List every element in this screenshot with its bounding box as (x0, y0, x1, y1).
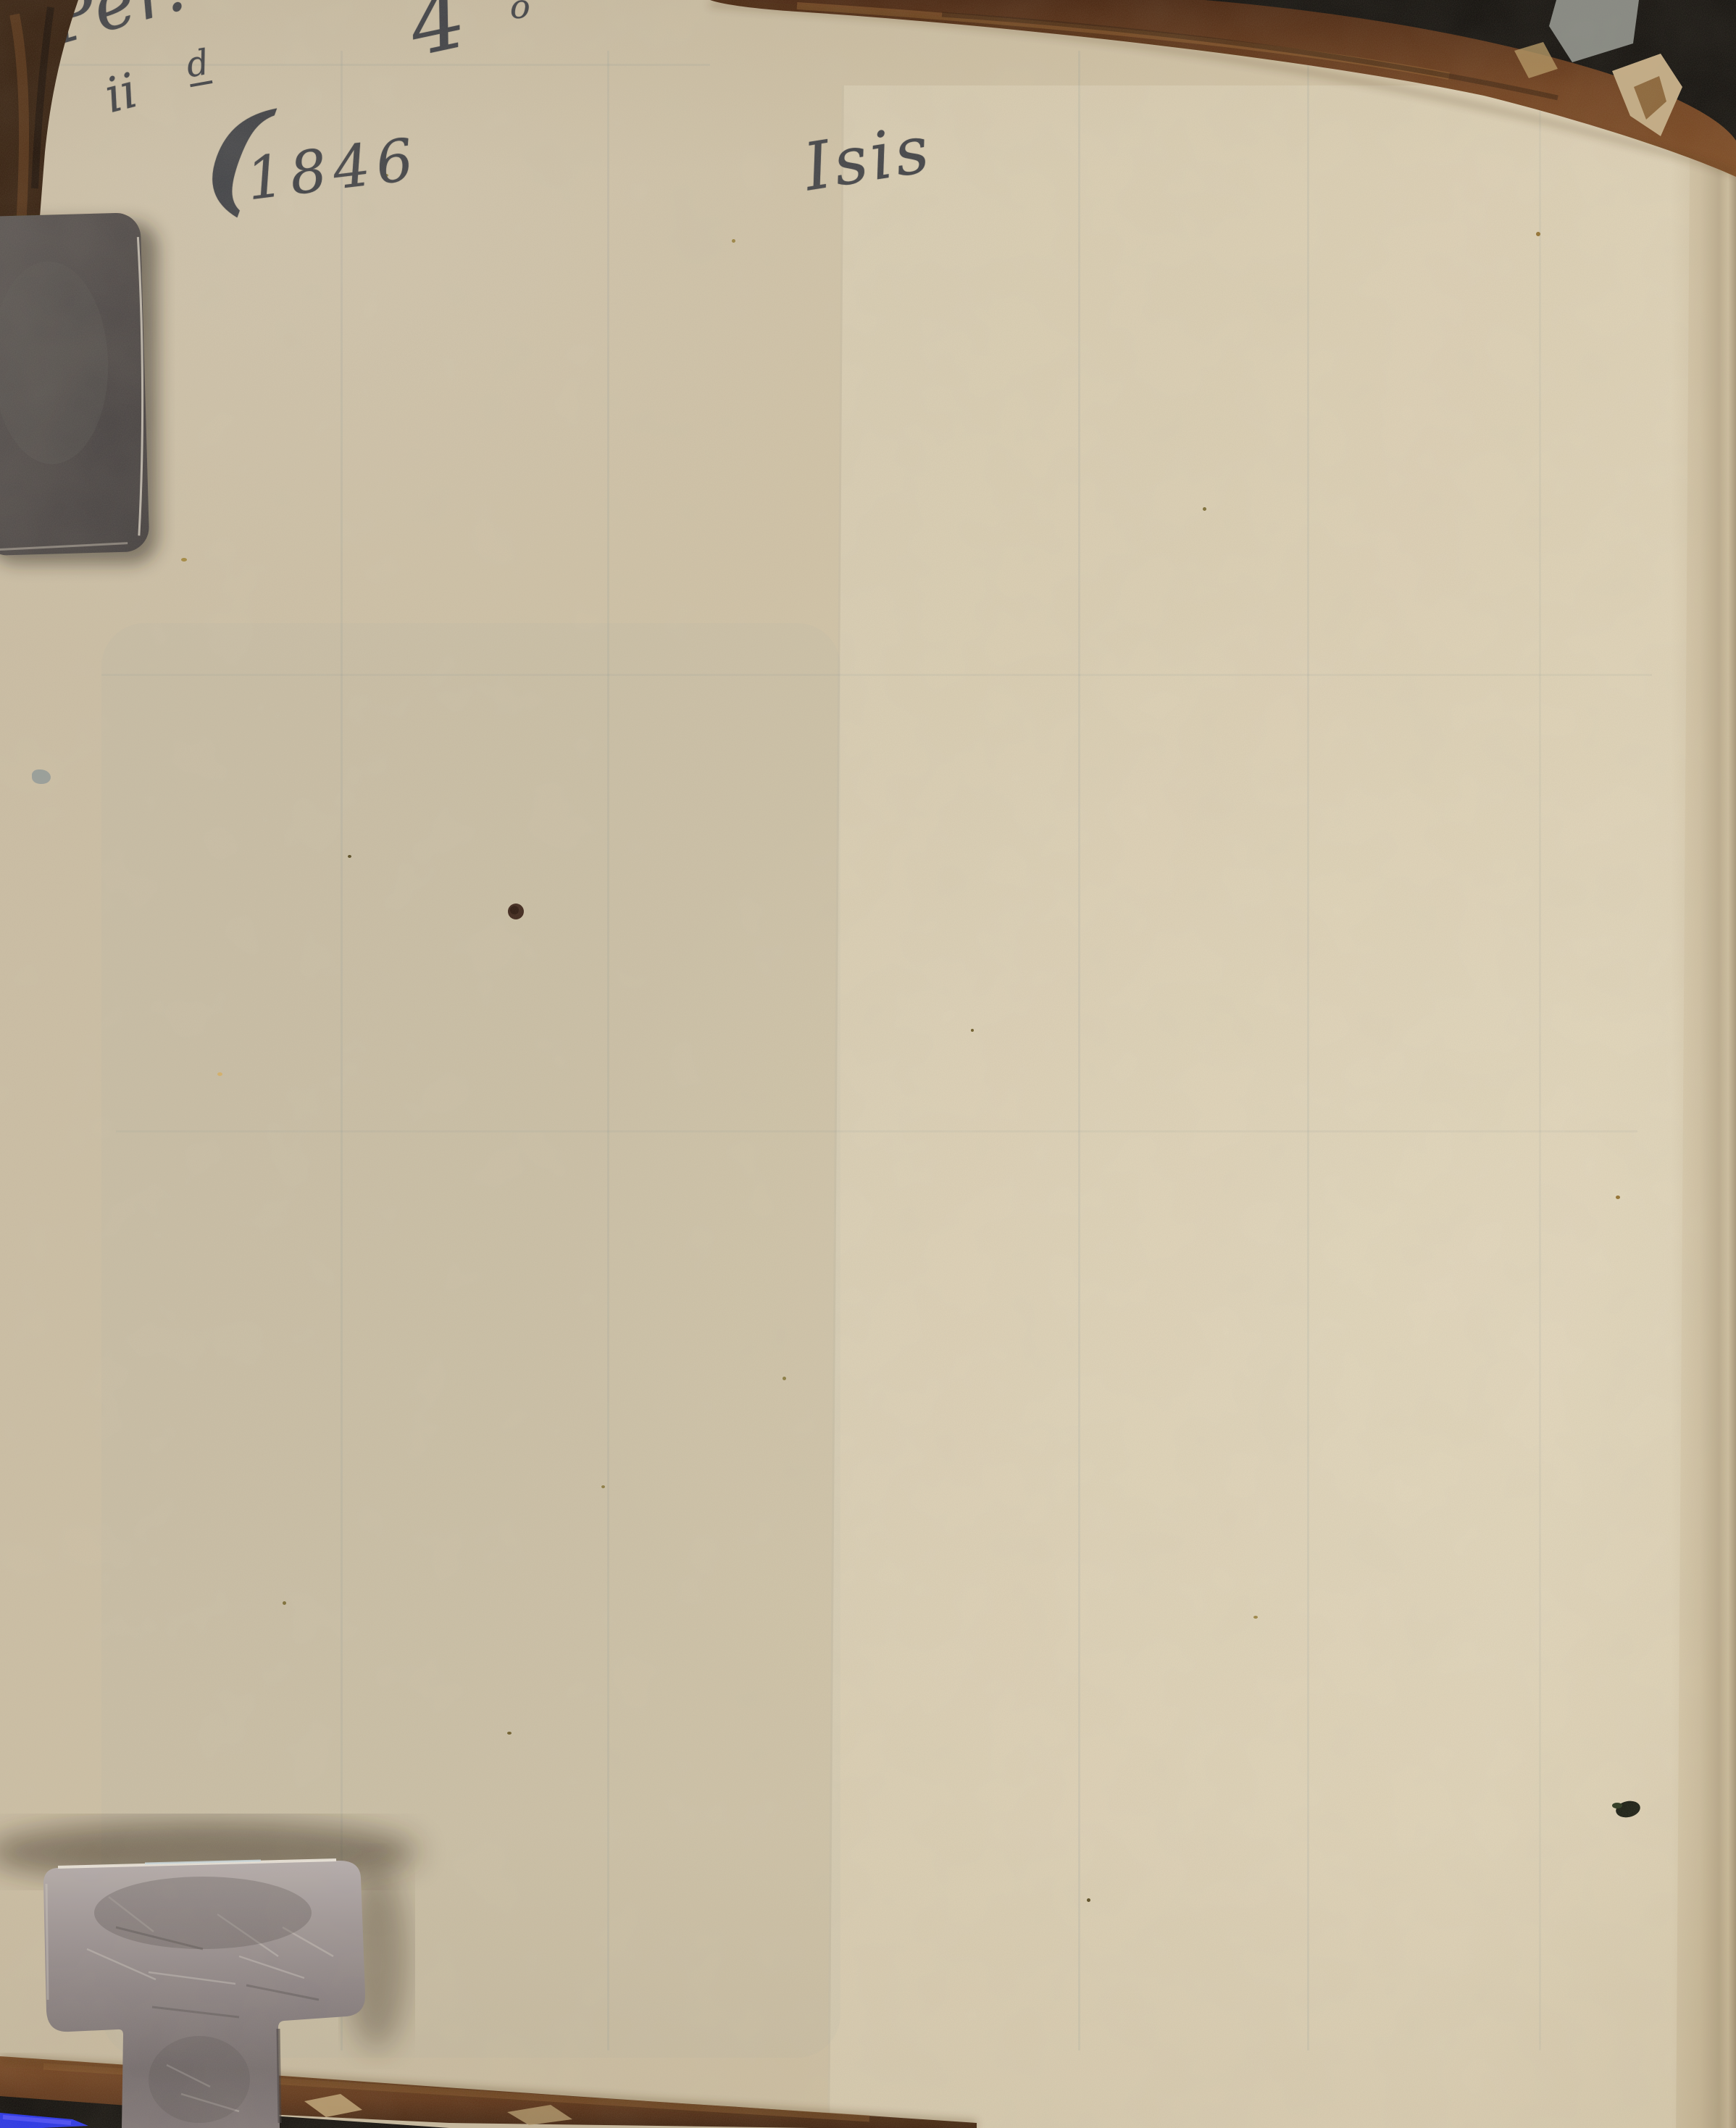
clasp-shadow (0, 222, 158, 564)
bleed-line (1078, 51, 1080, 2050)
annotation-year-1846: 1846 (243, 130, 423, 209)
bleed-line (341, 51, 343, 2050)
tipped-sheet (827, 85, 1690, 2128)
scanner-background-bottom (0, 2096, 449, 2128)
speck (601, 1485, 605, 1488)
speck (1616, 1196, 1620, 1199)
scanner-blue-mark (0, 2113, 88, 2128)
paper-surface (0, 0, 1736, 2128)
annotation-per: Per. (41, 0, 193, 55)
speck (732, 239, 735, 243)
speck (1203, 507, 1206, 511)
annotation-format-4to: 4 (402, 0, 473, 69)
page-right-edge (1671, 0, 1736, 2128)
annotation-title-isis: Isis (800, 117, 937, 201)
speck (384, 174, 388, 177)
metal-clasp-top-left (0, 212, 158, 564)
paper-shading (0, 0, 1736, 2128)
leather-strip-bottom (0, 2056, 977, 2128)
speck (971, 1029, 974, 1032)
bleed-line (101, 674, 1652, 676)
flyleaf-scan: Per. ii d ( 1846 4 o Isis (0, 0, 1736, 2128)
speck (1253, 1616, 1258, 1619)
speck (181, 558, 187, 562)
speck (1536, 232, 1540, 236)
blue-smudge (32, 769, 51, 784)
annotation-shelfmark-ii: ii (101, 67, 142, 120)
paper-tint-patch (101, 623, 840, 2058)
clasp-shadow (0, 1820, 419, 1884)
annotation-paren: ( (196, 88, 274, 220)
bleed-line (1539, 51, 1541, 2050)
speck (1087, 1898, 1090, 1902)
ink-spot (508, 904, 524, 919)
annotation-shelfmark-sup-d: d (184, 45, 213, 88)
noise-overlay (0, 0, 1736, 2128)
metal-clasp-bottom-left (0, 1820, 419, 2128)
speck (217, 1072, 222, 1076)
top-binding-strip (710, 0, 1736, 177)
speck (783, 1377, 786, 1380)
speck (348, 855, 351, 858)
bleed-line (43, 64, 710, 66)
bleed-line (116, 1130, 1637, 1132)
annotation-format-sup-o: o (510, 0, 530, 23)
scanner-background-top (1152, 0, 1736, 149)
speck (283, 1601, 286, 1605)
speck (507, 1732, 512, 1735)
black-spot (1612, 1799, 1642, 1820)
bleed-line (607, 51, 609, 2050)
bleed-line (1307, 51, 1309, 2050)
left-binding-strip (0, 0, 78, 352)
scan-edge-graphics (0, 0, 1736, 2128)
